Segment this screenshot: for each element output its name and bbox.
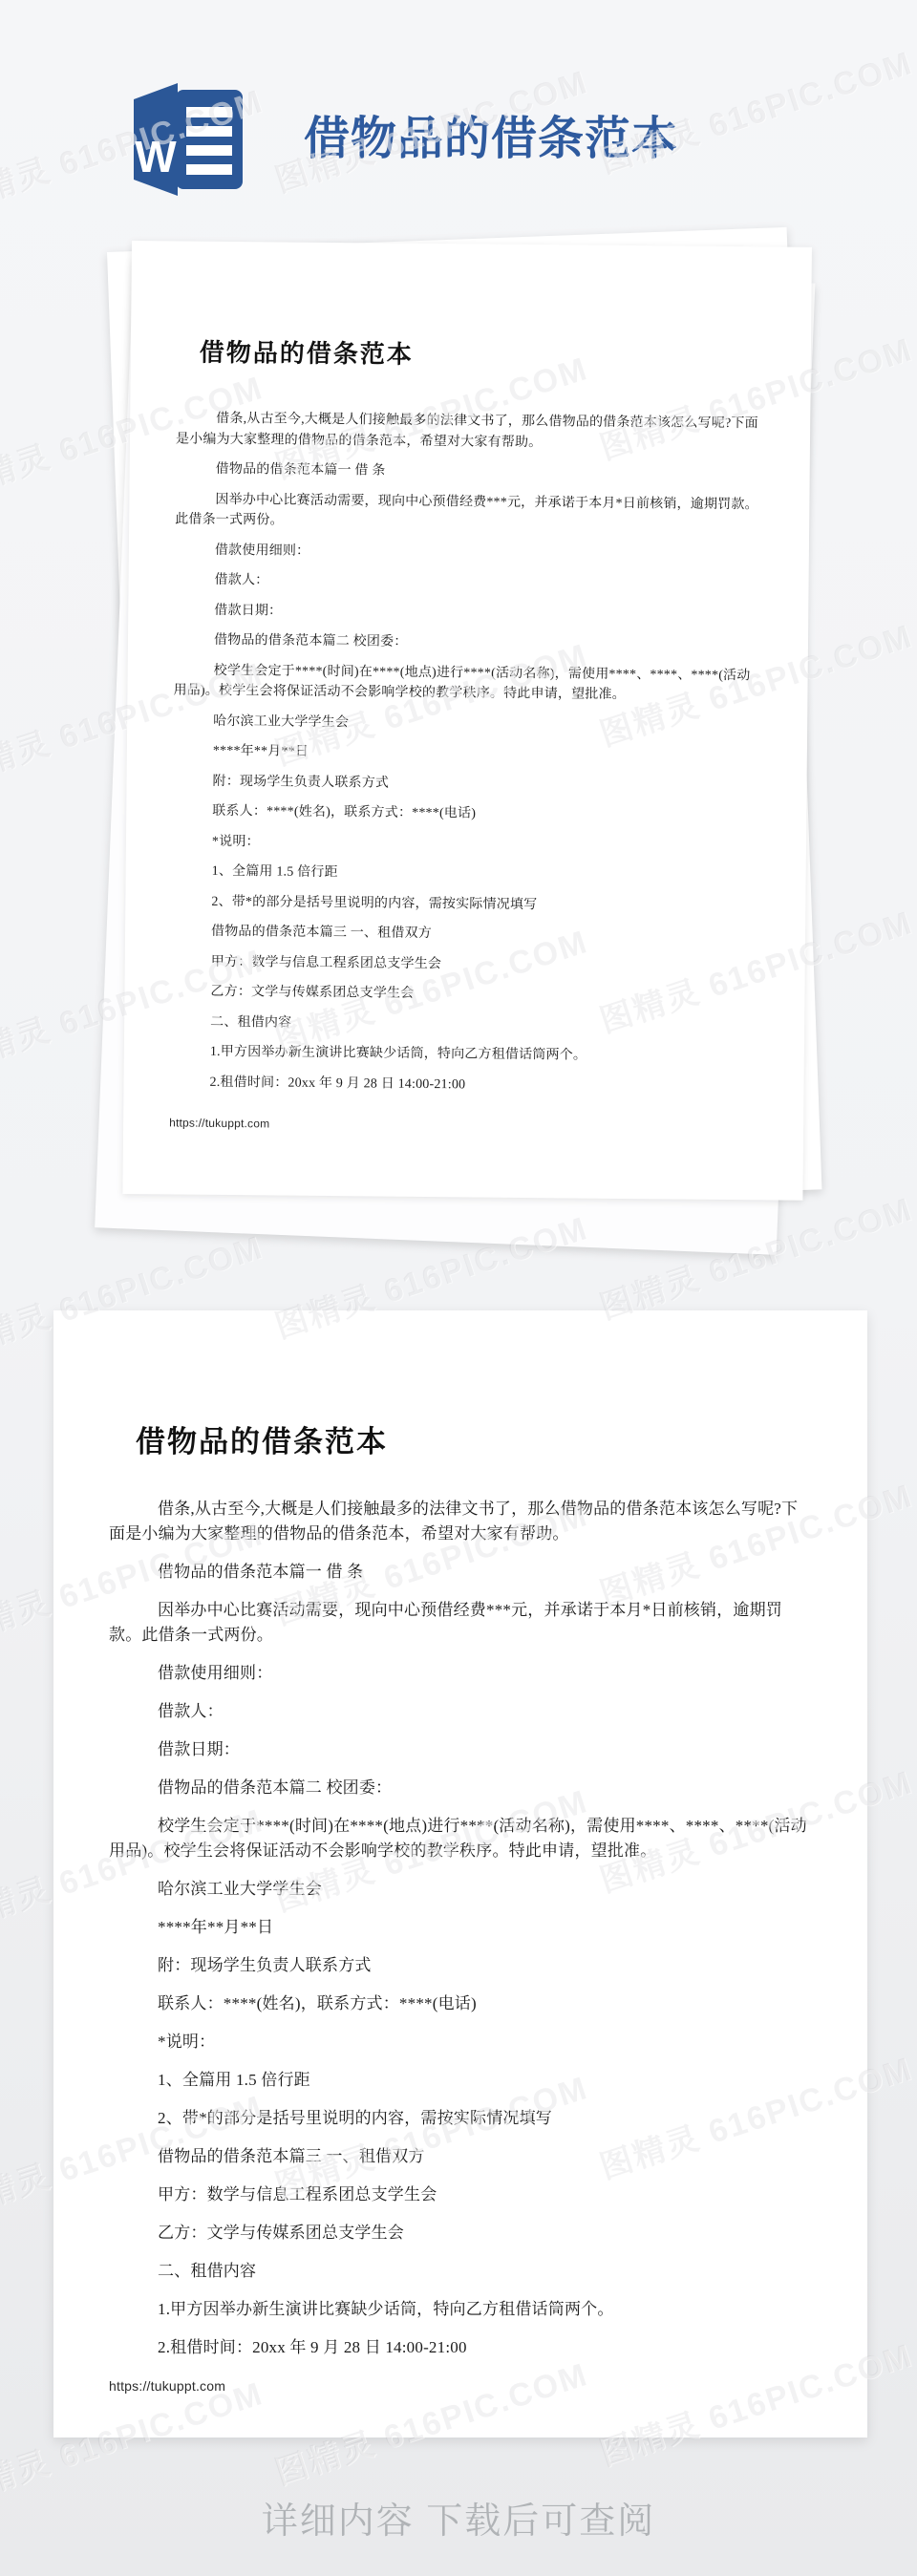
word-icon-letter: W (135, 132, 177, 181)
page-title: 借物品的借条范本 (304, 101, 678, 167)
doc-paragraph: 1.甲方因举办新生演讲比赛缺少话筒，特向乙方租借话筒两个。 (170, 1041, 757, 1067)
doc-paragraph: 联系人：****(姓名)，联系方式：****(电话) (109, 1991, 810, 2016)
doc-paragraph: *说明： (109, 2030, 810, 2054)
doc-paragraph: 二、租借内容 (109, 2259, 810, 2284)
word-icon: W (128, 76, 250, 202)
doc-paragraph: 借条,从古至今,大概是人们接触最多的法律文书了，那么借物品的借条范本该怎么写呢?… (176, 408, 762, 455)
doc-paragraph: 哈尔滨工业大学学生会 (173, 711, 759, 736)
doc-paragraph: 借款人： (174, 569, 760, 595)
document-preview-small[interactable]: 借物品的借条范本 借条,从古至今,大概是人们接触最多的法律文书了，那么借物品的借… (122, 241, 812, 1201)
download-hint: 详细内容 下载后可查阅 (0, 2491, 917, 2544)
doc-paragraph: *说明： (172, 831, 758, 857)
doc-paragraph: 2、带*的部分是括号里说明的内容，需按实际情况填写 (171, 891, 757, 917)
doc-paragraph: 借物品的借条范本篇三 一、租借双方 (171, 921, 757, 947)
doc-paragraph: 借款使用细则： (109, 1661, 810, 1686)
doc-paragraph: 因举办中心比赛活动需要，现向中心预借经费***元，并承诺于本月*日前核销，逾期罚… (175, 489, 761, 536)
doc-paragraph: 乙方：文学与传媒系团总支学生会 (170, 981, 757, 1007)
doc-paragraph: 2.租借时间：20xx 年 9 月 28 日 14:00-21:00 (169, 1072, 756, 1097)
doc-paragraph: 2、带*的部分是括号里说明的内容，需按实际情况填写 (109, 2106, 810, 2131)
doc-paragraph: 2.租借时间：20xx 年 9 月 28 日 14:00-21:00 (109, 2335, 810, 2360)
doc-paragraph: 借物品的借条范本篇二 校团委： (174, 629, 760, 655)
doc-paragraph: 因举办中心比赛活动需要，现向中心预借经费***元，并承诺于本月*日前核销，逾期罚… (109, 1598, 810, 1648)
document-preview-large[interactable]: 借物品的借条范本 借条,从古至今,大概是人们接触最多的法律文书了，那么借物品的借… (53, 1310, 867, 2438)
doc-paragraph: 校学生会定于****(时间)在****(地点)进行****(活动名称)，需使用*… (173, 660, 759, 707)
doc-paragraph: 附：现场学生负责人联系方式 (172, 771, 758, 797)
doc-paragraph: 附：现场学生负责人联系方式 (109, 1953, 810, 1978)
doc-paragraph: 1、全篇用 1.5 倍行距 (109, 2068, 810, 2093)
doc-paragraph: 哈尔滨工业大学学生会 (109, 1877, 810, 1902)
doc-paragraph: 二、租借内容 (170, 1011, 757, 1037)
doc-paragraph: 借物品的借条范本篇二 校团委： (109, 1776, 810, 1800)
doc-paragraph: 乙方：文学与传媒系团总支学生会 (109, 2221, 810, 2246)
doc-paragraph: 1.甲方因举办新生演讲比赛缺少话筒，特向乙方租借话筒两个。 (109, 2297, 810, 2322)
page: W 借物品的借条范本 借物品的借条范本 借条,从古至今,大概是人们接触最多的法律… (0, 0, 917, 2576)
document-title: 借物品的借条范本 (200, 333, 763, 374)
doc-paragraph: 甲方：数学与信息工程系团总支学生会 (171, 951, 757, 977)
doc-paragraph: ****年**月**日 (109, 1915, 810, 1940)
doc-paragraph: 联系人：****(姓名)，联系方式：****(电话) (172, 800, 758, 826)
document-title: 借物品的借条范本 (136, 1417, 810, 1460)
doc-paragraph: 借物品的借条范本篇一 借 条 (109, 1560, 810, 1585)
doc-paragraph: 借物品的借条范本篇一 借 条 (176, 458, 762, 484)
doc-paragraph: 借物品的借条范本篇三 一、租借双方 (109, 2144, 810, 2169)
doc-paragraph: 借条,从古至今,大概是人们接触最多的法律文书了，那么借物品的借条范本该怎么写呢?… (109, 1497, 810, 1546)
doc-paragraph: 校学生会定于****(时间)在****(地点)进行****(活动名称)，需使用*… (109, 1814, 810, 1863)
doc-paragraph: 借款使用细则： (175, 540, 761, 565)
doc-footer-link: https://tukuppt.com (169, 1113, 756, 1139)
doc-paragraph: 1、全篇用 1.5 倍行距 (172, 861, 758, 886)
doc-paragraph: 甲方：数学与信息工程系团总支学生会 (109, 2182, 810, 2207)
doc-paragraph: ****年**月**日 (173, 740, 759, 766)
doc-footer-link: https://tukuppt.com (109, 2374, 810, 2398)
doc-paragraph: 借款人： (109, 1699, 810, 1724)
doc-paragraph: 借款日期： (109, 1737, 810, 1762)
doc-paragraph: 借款日期： (174, 600, 760, 626)
